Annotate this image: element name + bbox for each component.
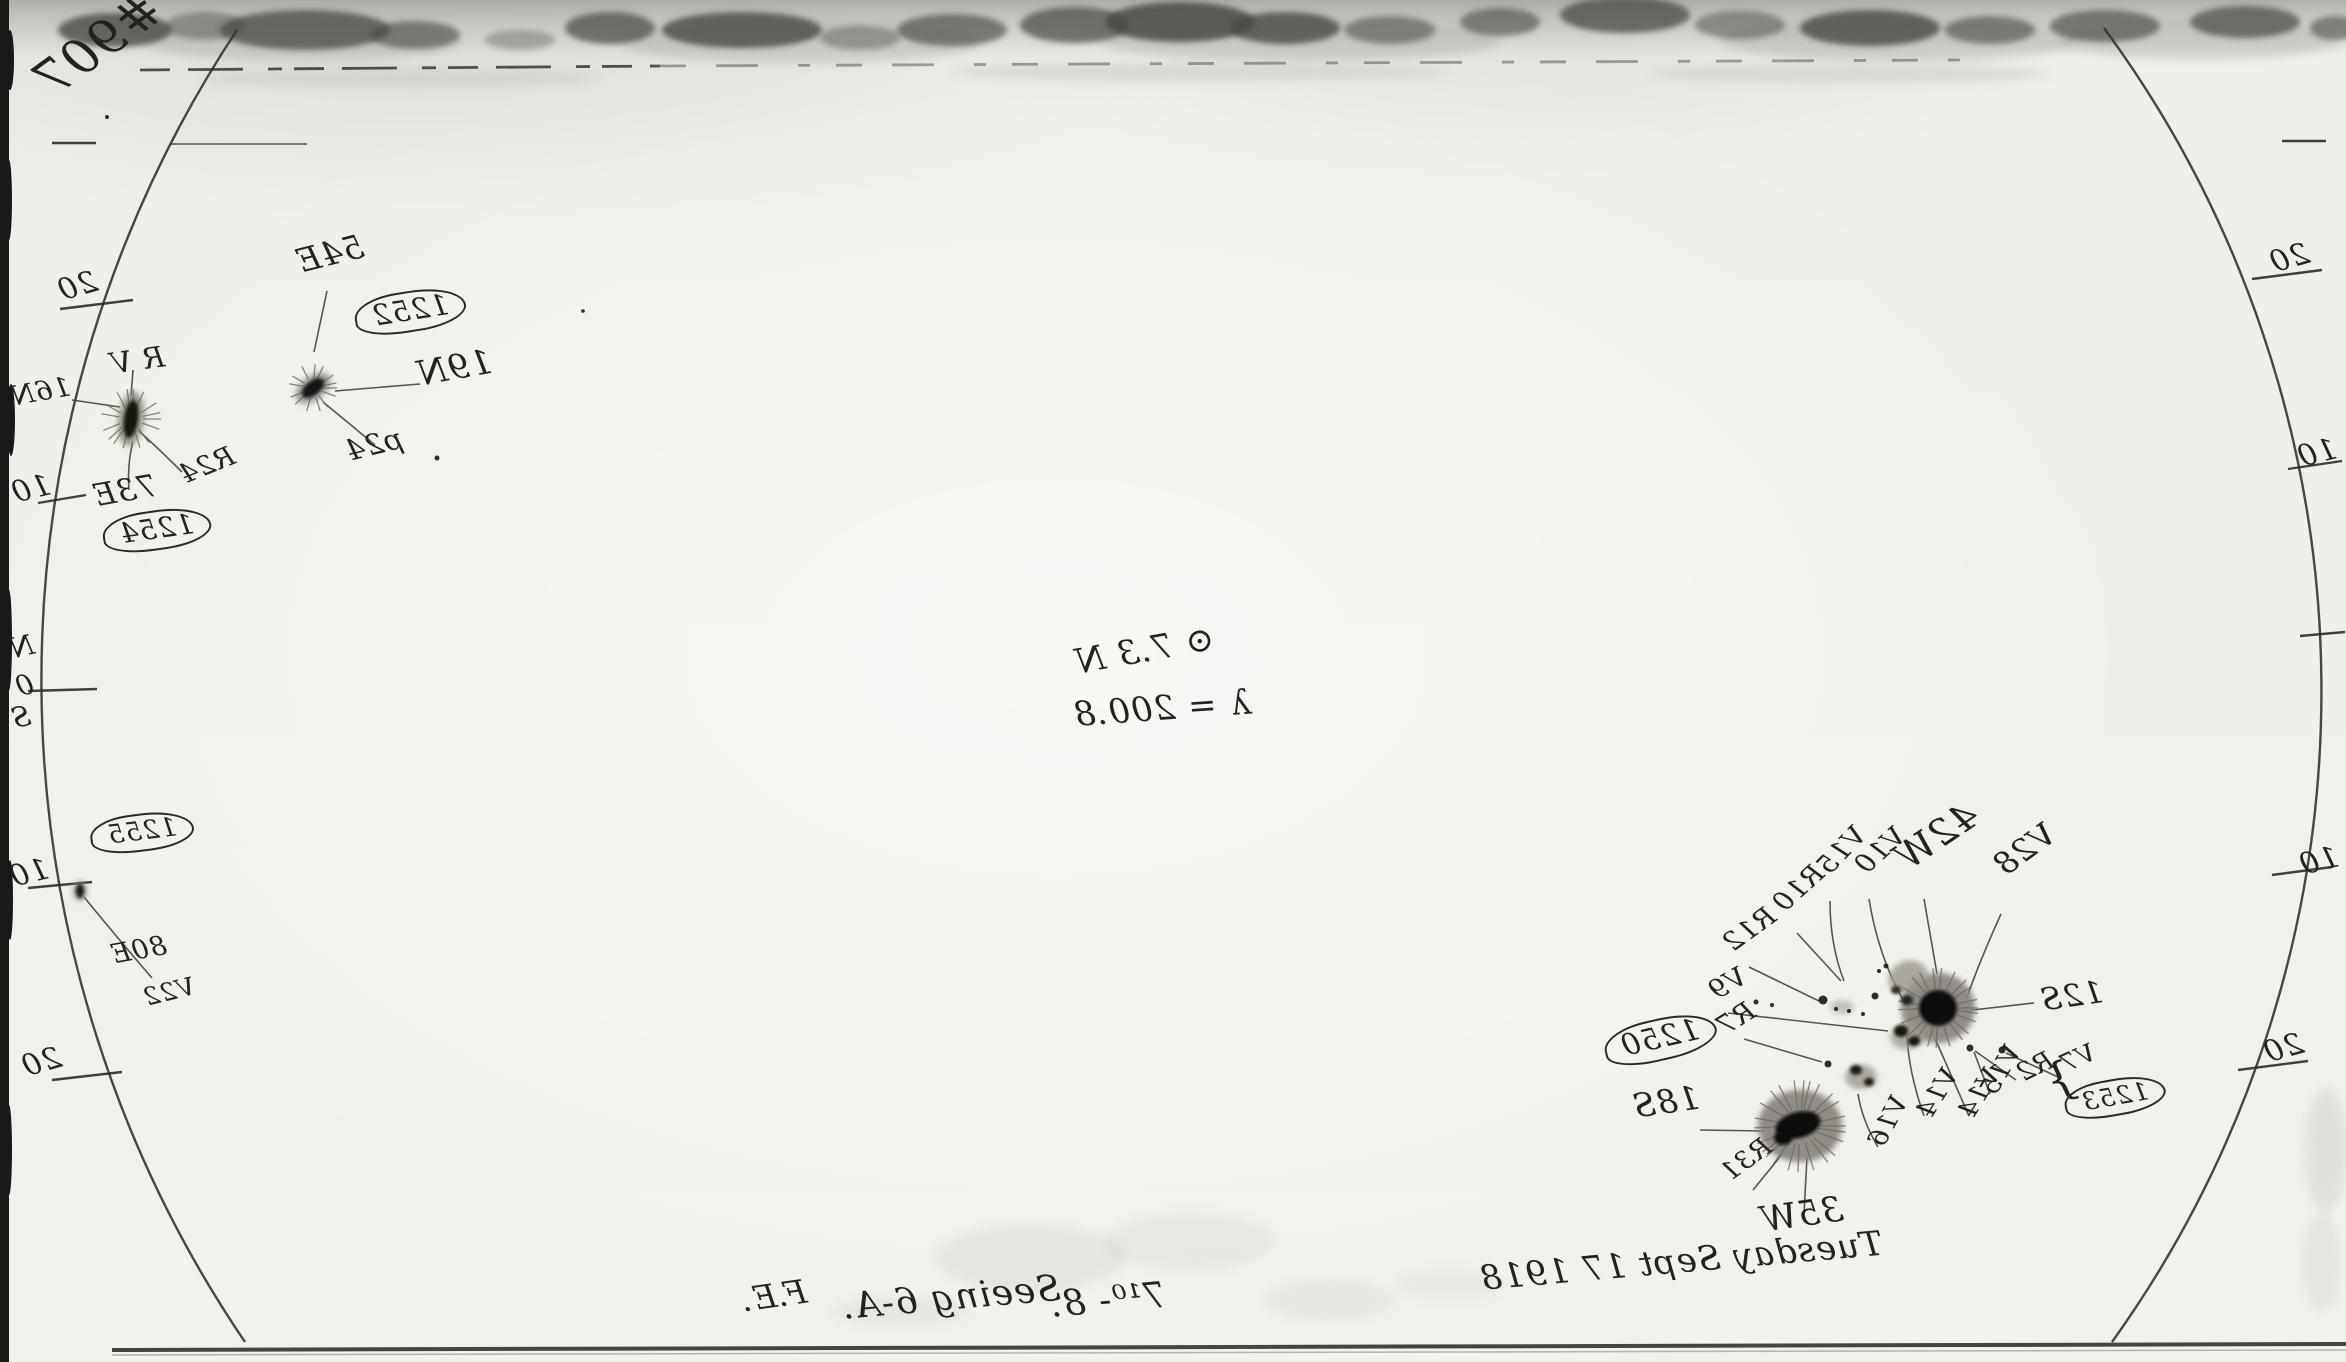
sunspot-umbra	[1908, 1036, 1920, 1046]
sunspot-pore	[1754, 1000, 1759, 1005]
sunspot-pore	[1872, 993, 1879, 1000]
stain-streak	[200, 68, 600, 88]
stain-blob	[662, 12, 822, 48]
sunspot-umbra	[1919, 990, 1957, 1026]
penumbra-filament	[1936, 1028, 1937, 1048]
ghost-mark	[1265, 1278, 1395, 1322]
stain-streak	[1650, 65, 2050, 83]
time-note: 7¹⁰- 8.	[1048, 1278, 1167, 1324]
penumbra-filament	[292, 376, 304, 383]
pointer-line	[314, 291, 327, 352]
drawing-layer	[0, 0, 2346, 1362]
sunspot-pore	[1819, 996, 1828, 1005]
sunspot-umbra	[1901, 995, 1913, 1005]
tick-label-left-N: N	[6, 631, 37, 664]
stain-blob	[1695, 11, 1785, 39]
sunspot-umbra	[1774, 1131, 1792, 1145]
limb-arc	[2104, 28, 2321, 1342]
bottom-border-line	[112, 1344, 2346, 1350]
penumbra-filament	[103, 424, 120, 431]
sunspot-pore	[1770, 1003, 1774, 1007]
penumbra-filament	[319, 396, 328, 407]
sunspot-pore	[1825, 1061, 1832, 1068]
sunspot-pore	[1877, 969, 1881, 973]
pointer-line	[335, 384, 420, 391]
sunspot-pore	[1861, 1012, 1865, 1016]
stain-blob	[2050, 10, 2160, 42]
stain-blob	[370, 21, 460, 49]
stain-blob	[1345, 16, 1435, 44]
sunspot-pore	[1884, 964, 1889, 969]
stain-blob	[1105, 2, 1255, 42]
pointer-line	[72, 400, 120, 407]
sunspot-pore	[1847, 1009, 1851, 1013]
penumbra-filament	[143, 413, 161, 417]
stain-blob	[897, 14, 1007, 46]
penumbra-filament	[316, 398, 320, 411]
label-12S: 12S	[2038, 977, 2105, 1017]
penumbra-filament	[101, 414, 119, 417]
scan-edge-ragged	[6, 30, 14, 90]
penumbra-filament	[1898, 1009, 1918, 1010]
scan-edge-ragged	[6, 1105, 12, 1195]
sunspot-umbra	[1894, 1025, 1908, 1037]
label-12S-text: 12S	[2038, 977, 2105, 1017]
pointer-line	[1924, 899, 1937, 974]
sunspot-pore	[1834, 1007, 1838, 1011]
pointer-line	[1830, 901, 1844, 981]
stain-blob	[1800, 10, 1940, 46]
penumbra-filament	[322, 391, 335, 396]
stain-blob	[2190, 6, 2300, 38]
latitude-tick	[28, 689, 97, 691]
sunspot-umbra	[1850, 1065, 1862, 1075]
pointer-line	[1744, 1039, 1822, 1062]
solar-drawing-sheet: #90754E125219Np24R V16NR2473E1254125580E…	[0, 0, 2346, 1362]
pointer-line	[1797, 933, 1841, 981]
stain-blob	[220, 10, 390, 50]
sunspot-umbra	[1891, 986, 1901, 994]
tick-label-left-N-text: N	[6, 631, 37, 664]
stain-blob	[1945, 16, 2035, 44]
ghost-mark	[2302, 1212, 2342, 1312]
ghost-mark	[2304, 1088, 2346, 1212]
label-18S: 18S	[1630, 1081, 1702, 1123]
time-note-text: 7¹⁰- 8.	[1048, 1278, 1167, 1324]
penumbra-filament	[302, 367, 308, 379]
sunspot-pore	[1967, 1045, 1974, 1052]
stain-blob	[565, 12, 655, 44]
pointer-line	[1749, 967, 1819, 1001]
ghost-mark	[1105, 1212, 1275, 1272]
observer-initials: F.E.	[738, 1275, 809, 1317]
scan-edge-ragged	[6, 160, 12, 240]
sunspot-umbra	[76, 884, 84, 898]
sunspot-pore	[435, 456, 440, 461]
observer-initials-text: F.E.	[738, 1275, 809, 1317]
stain-layer	[0, 0, 2346, 1362]
label-18S-text: 18S	[1630, 1081, 1702, 1123]
stain-blob	[1230, 12, 1340, 44]
sunspot-pore	[581, 309, 585, 313]
limb-arc	[41, 30, 245, 1342]
sunspot-pore	[105, 115, 109, 119]
stain-blob	[820, 26, 900, 50]
stain-blob	[1460, 8, 1540, 36]
label-R-V-text: R V	[108, 342, 167, 378]
sunspot-umbra	[1864, 1078, 1874, 1086]
penumbra-filament	[142, 423, 159, 429]
stain-blob	[485, 30, 555, 50]
penumbra-filament	[138, 429, 149, 443]
pointer-line	[1700, 1130, 1764, 1131]
latitude-tick	[2300, 632, 2345, 636]
label-R-V: R V	[108, 342, 167, 378]
